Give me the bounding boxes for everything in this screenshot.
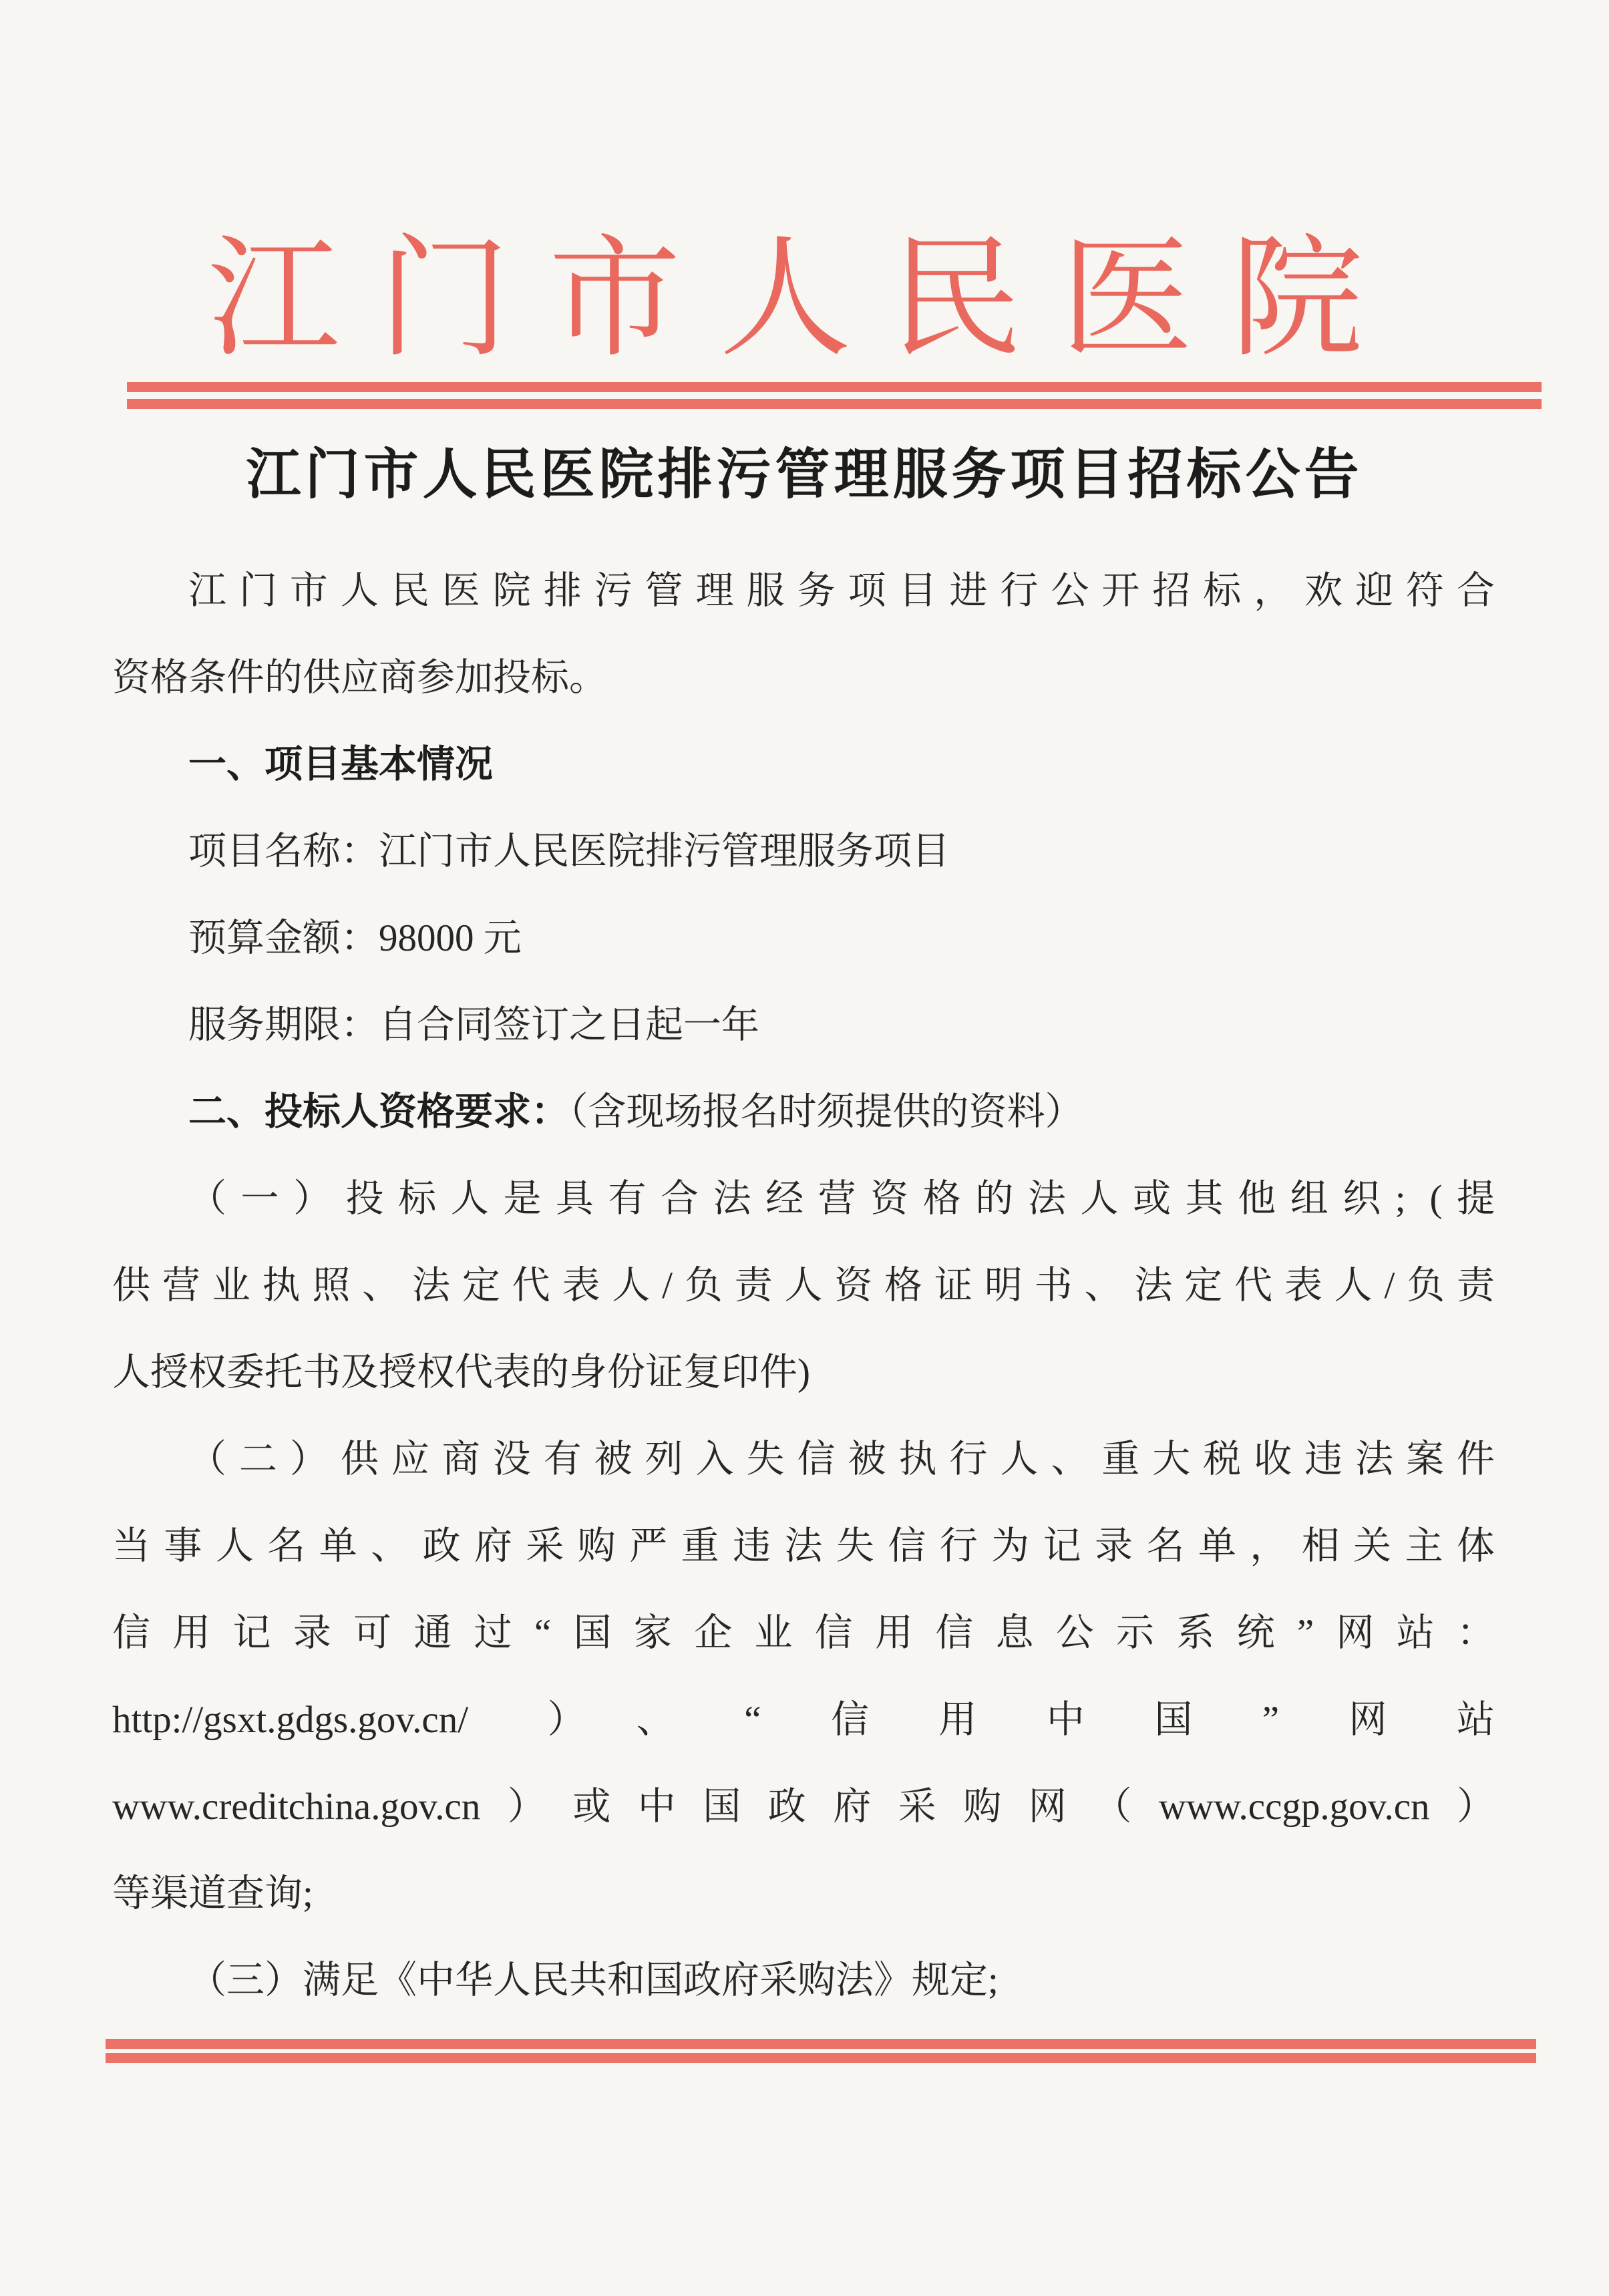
letterhead-divider	[127, 382, 1542, 409]
body-line-11: （二）供应商没有被列入失信被执行人、重大税收违法案件	[112, 1416, 1495, 1503]
body-line-17: （三）满足《中华人民共和国政府采购法》规定;	[112, 1937, 1495, 2024]
body-line-4: 项目名称：江门市人民医院排污管理服务项目	[112, 808, 1495, 895]
divider-line-top	[127, 382, 1542, 392]
body-line-6: 服务期限：自合同签订之日起一年	[112, 982, 1495, 1069]
body-line-12: 当事人名单、政府采购严重违法失信行为记录名单，相关主体	[112, 1503, 1495, 1590]
footer-divider	[106, 2039, 1536, 2063]
divider-line-bottom	[127, 399, 1542, 409]
body-line-normal-segment: （含现场报名时须提供的资料）	[569, 1091, 1083, 1133]
document-title: 江门市人民医院排污管理服务项目招标公告	[0, 444, 1609, 506]
body-line-7: 二、投标人资格要求：（含现场报名时须提供的资料）	[112, 1069, 1495, 1156]
body-line-10: 人授权委托书及授权代表的身份证复印件)	[112, 1329, 1495, 1416]
body-line-1: 江门市人民医院排污管理服务项目进行公开招标，欢迎符合	[112, 548, 1495, 635]
divider-line-top	[106, 2039, 1536, 2049]
body-line-15: www.creditchina.gov.cn）或中国政府采购网（www.ccgp…	[112, 1764, 1495, 1850]
body-line-2: 资格条件的供应商参加投标。	[112, 635, 1495, 721]
body-line-3: 一、项目基本情况	[112, 721, 1495, 808]
body-line-13: 信用记录可通过“国家企业信用信息公示系统”网站：	[112, 1590, 1495, 1677]
body-line-9: 供营业执照、法定代表人/负责人资格证明书、法定代表人/负责	[112, 1243, 1495, 1329]
body-line-14: http://gsxt.gdgs.gov.cn/ ）、“信用中国”网站	[112, 1677, 1495, 1764]
document-page: 江门市人民医院 江门市人民医院排污管理服务项目招标公告 江门市人民医院排污管理服…	[0, 0, 1609, 2296]
document-body: 江门市人民医院排污管理服务项目进行公开招标，欢迎符合资格条件的供应商参加投标。一…	[112, 548, 1495, 2024]
body-line-8: （一）投标人是具有合法经营资格的法人或其他组织; (提	[112, 1156, 1495, 1243]
letterhead-org-name: 江门市人民医院	[0, 234, 1609, 366]
body-line-16: 等渠道查询;	[112, 1850, 1495, 1937]
body-line-5: 预算金额：98000 元	[112, 895, 1495, 982]
body-line-bold-segment: 二、投标人资格要求：	[188, 1091, 569, 1133]
divider-line-bottom	[106, 2053, 1536, 2063]
